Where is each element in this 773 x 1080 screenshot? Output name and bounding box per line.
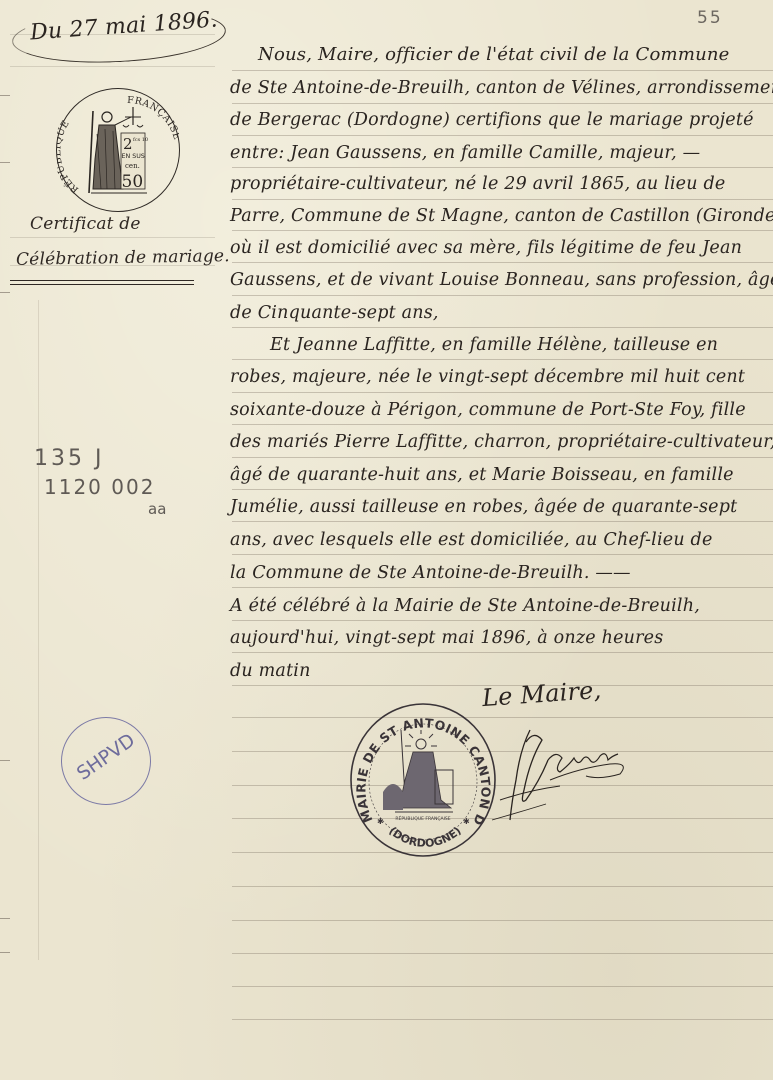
ruled-line	[232, 424, 773, 425]
margin-title-line2: Célébration de mariage.	[16, 246, 230, 270]
archive-ref-line2: 1120 002	[44, 475, 155, 499]
ruled-line	[232, 953, 773, 954]
archive-stamp-text: SHPVD	[64, 723, 149, 791]
ruled-line	[232, 554, 773, 555]
ruled-line	[232, 457, 773, 458]
body-line: Et Jeanne Laffitte, en famille Hélène, t…	[270, 335, 718, 355]
ruled-line	[232, 652, 773, 653]
svg-text:RÉPUBLIQUE: RÉPUBLIQUE	[57, 118, 81, 195]
body-line: âgé de quarante-huit ans, et Marie Boiss…	[230, 465, 734, 485]
edge-tick	[0, 162, 10, 163]
body-line: où il est domicilié avec sa mère, fils l…	[230, 238, 742, 258]
ruled-line	[232, 521, 773, 522]
ruled-line	[232, 359, 773, 360]
ruled-line	[232, 489, 773, 490]
seal-bottom-text: (DORDOGNE)	[386, 824, 464, 850]
tax-stamp: RÉPUBLIQUE FRANÇAISE 2 fcs 10 EN SUS cen…	[56, 88, 180, 212]
ruled-line	[232, 1019, 773, 1020]
stamp-value-upper: 2	[123, 135, 133, 153]
ruled-line	[10, 66, 215, 67]
body-line: Nous, Maire, officier de l'état civil de…	[258, 44, 730, 65]
mayor-signature-icon: J. Brunet	[490, 720, 650, 830]
edge-tick	[0, 952, 10, 953]
signature-title: Le Maire,	[481, 676, 602, 712]
stamp-ensus: EN SUS	[122, 153, 145, 160]
body-line: A été célébré à la Mairie de Ste Antoine…	[230, 596, 700, 616]
ruled-line	[232, 295, 773, 296]
archive-stamp-shpvd: SHPVD	[61, 717, 151, 805]
body-line: Gaussens, et de vivant Louise Bonneau, s…	[230, 270, 773, 290]
margin-title-underline	[10, 280, 194, 285]
edge-tick	[0, 918, 10, 919]
edge-tick	[0, 760, 10, 761]
ruled-line	[232, 199, 773, 200]
justice-figure-icon: RÉPUBLIQUE FRANÇAISE 2 fcs 10 EN SUS cen…	[57, 89, 179, 211]
ruled-line	[232, 167, 773, 168]
body-line: Parre, Commune de St Magne, canton de Ca…	[230, 206, 773, 226]
ruled-line	[232, 886, 773, 887]
signature-name: J. Brunet	[551, 768, 557, 771]
ruled-line	[232, 230, 773, 231]
seal-inner-text: RÉPUBLIQUE FRANÇAISE	[395, 814, 450, 822]
ruled-line	[232, 135, 773, 136]
archive-ref-line3: aa	[148, 500, 166, 518]
liberty-figure-icon: MAIRIE DE ST ANTOINE CANTON DE VÉLINES (…	[343, 700, 503, 860]
ruled-line	[232, 327, 773, 328]
body-line: robes, majeure, née le vingt-sept décemb…	[230, 367, 745, 387]
ruled-line	[232, 986, 773, 987]
body-line: de Ste Antoine-de-Breuilh, canton de Vél…	[230, 78, 773, 98]
stamp-republique-text: RÉPUBLIQUE	[57, 118, 81, 195]
ruled-line	[232, 587, 773, 588]
ruled-line	[232, 103, 773, 104]
page-number: 55	[697, 8, 723, 28]
ruled-line	[232, 392, 773, 393]
body-line: de Bergerac (Dordogne) certifions que le…	[230, 110, 754, 130]
body-line: la Commune de Ste Antoine-de-Breuilh. ——	[230, 563, 631, 583]
body-line: du matin	[230, 661, 311, 681]
edge-tick	[0, 292, 10, 293]
mairie-seal: MAIRIE DE ST ANTOINE CANTON DE VÉLINES (…	[343, 700, 503, 860]
margin-line	[38, 300, 39, 960]
svg-text:✱: ✱	[377, 817, 384, 826]
stamp-value-upper-small: fcs 10	[133, 137, 148, 143]
ruled-line	[232, 620, 773, 621]
stamp-cen: cen.	[125, 162, 140, 170]
stamp-value-lower: 50	[122, 172, 144, 192]
ruled-line	[10, 237, 215, 238]
ruled-line	[232, 920, 773, 921]
body-line: ans, avec lesquels elle est domiciliée, …	[230, 530, 713, 550]
edge-tick	[0, 95, 10, 96]
ruled-line	[232, 262, 773, 263]
document-page: Du 27 mai 1896. 55 RÉPUBLIQUE FRANÇAISE	[0, 0, 773, 1080]
svg-text:(DORDOGNE): (DORDOGNE)	[386, 824, 464, 850]
archive-ref-line1: 135 J	[34, 446, 104, 471]
body-line: soixante-douze à Périgon, commune de Por…	[230, 400, 746, 420]
svg-text:✱: ✱	[463, 817, 470, 826]
body-line: Jumélie, aussi tailleuse en robes, âgée …	[230, 497, 737, 517]
body-line: aujourd'hui, vingt-sept mai 1896, à onze…	[230, 628, 663, 648]
margin-title-line1: Certificat de	[30, 214, 141, 234]
body-line: propriétaire-cultivateur, né le 29 avril…	[230, 174, 725, 194]
body-line: entre: Jean Gaussens, en famille Camille…	[230, 143, 700, 163]
body-line: des mariés Pierre Laffitte, charron, pro…	[230, 432, 773, 452]
body-line: de Cinquante-sept ans,	[230, 303, 439, 323]
ruled-line	[232, 70, 773, 71]
